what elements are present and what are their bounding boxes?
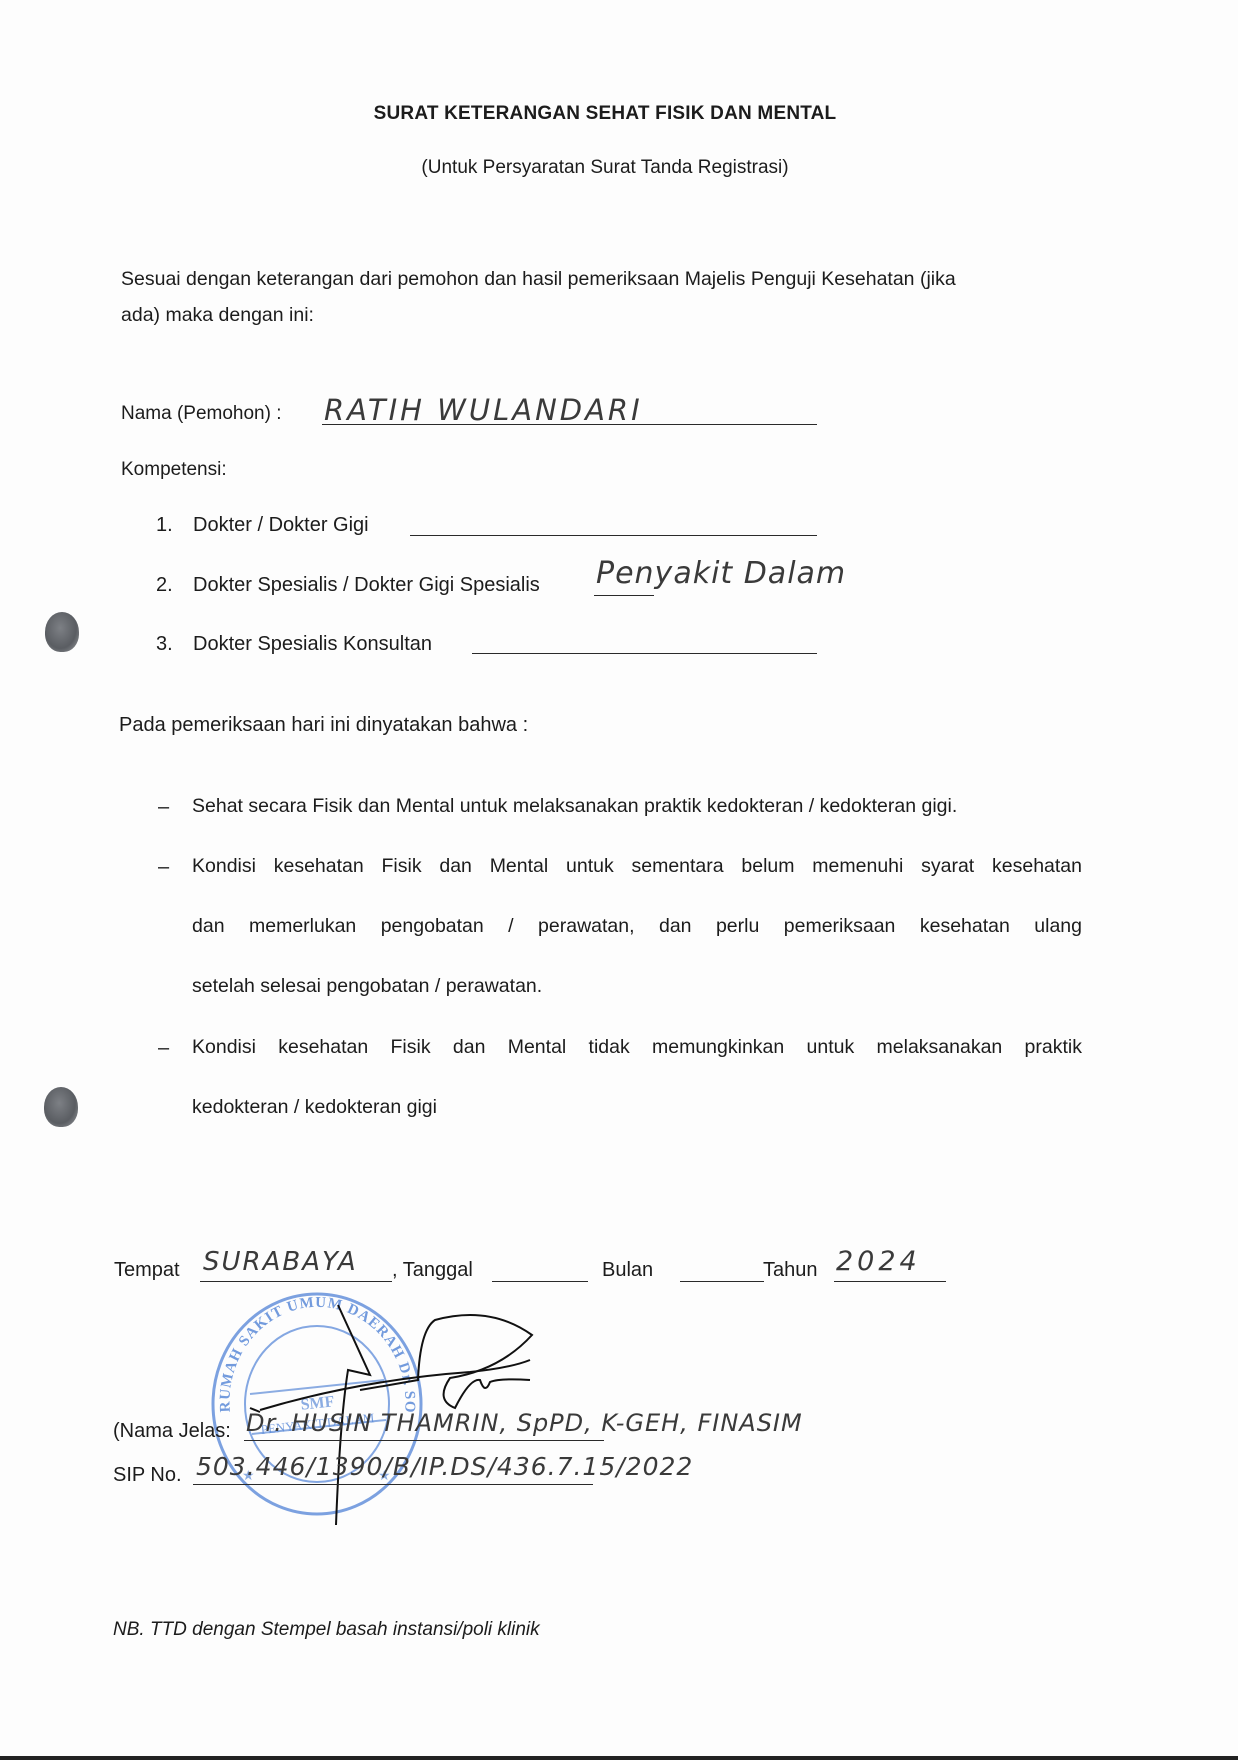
competency-item-number: 2. (156, 575, 173, 595)
competency-item-2-value[interactable]: Penyakit Dalam (596, 556, 846, 591)
competency-item-3-field[interactable] (472, 653, 817, 654)
signatory-name-underline (244, 1440, 604, 1441)
applicant-name-underline (322, 424, 817, 425)
statement-option-2-line-2[interactable]: dan memerlukan pengobatan / perawatan, d… (192, 917, 1082, 937)
punch-hole (44, 1087, 78, 1127)
signatory-name-value[interactable]: Dr. HUSIN THAMRIN, SpPD, K-GEH, FINASIM (246, 1409, 803, 1437)
document-title: SURAT KETERANGAN SEHAT FISIK DAN MENTAL (0, 103, 1210, 125)
intro-line-1: Sesuai dengan keterangan dari pemohon da… (121, 270, 956, 290)
year-label: Tahun (763, 1260, 818, 1280)
competency-item-label: Dokter / Dokter Gigi (193, 515, 369, 535)
intro-line-2: ada) maka dengan ini: (121, 306, 314, 326)
statement-dash: – (158, 857, 169, 877)
competency-label: Kompetensi: (121, 460, 227, 479)
year-value[interactable]: 2024 (836, 1246, 921, 1277)
competency-item-1-field[interactable] (410, 535, 817, 536)
document-subtitle: (Untuk Persyaratan Surat Tanda Registras… (0, 158, 1210, 177)
competency-item-number: 3. (156, 634, 173, 654)
scan-edge (0, 1756, 1238, 1760)
statement-option-1[interactable]: Sehat secara Fisik dan Mental untuk mela… (192, 797, 957, 817)
sip-underline (193, 1484, 593, 1485)
statement-dash: – (158, 797, 169, 817)
signatory-name-label: (Nama Jelas: (113, 1421, 231, 1441)
statement-dash: – (158, 1038, 169, 1058)
month-field[interactable] (680, 1281, 764, 1282)
date-label: , Tanggal (392, 1260, 473, 1280)
footer-note: NB. TTD dengan Stempel basah instansi/po… (113, 1620, 540, 1639)
applicant-name-value[interactable]: RATIH WULANDARI (324, 393, 643, 427)
punch-hole (45, 612, 79, 652)
statement-option-2-line-3[interactable]: setelah selesai pengobatan / perawatan. (192, 977, 542, 997)
place-value[interactable]: SURABAYA (203, 1247, 358, 1277)
month-label: Bulan (602, 1260, 653, 1280)
sip-label: SIP No. (113, 1465, 182, 1485)
date-field[interactable] (492, 1281, 588, 1282)
statement-option-3-line-2[interactable]: kedokteran / kedokteran gigi (192, 1098, 437, 1118)
sip-value[interactable]: 503.446/1390/B/IP.DS/436.7.15/2022 (196, 1452, 693, 1481)
statement-option-2-line-1[interactable]: Kondisi kesehatan Fisik dan Mental untuk… (192, 857, 1082, 877)
place-label: Tempat (114, 1260, 180, 1280)
place-underline (200, 1281, 392, 1282)
statement-intro: Pada pemeriksaan hari ini dinyatakan bah… (119, 715, 528, 735)
year-underline (834, 1281, 946, 1282)
applicant-label: Nama (Pemohon) : (121, 404, 282, 423)
statement-option-3-line-1[interactable]: Kondisi kesehatan Fisik dan Mental tidak… (192, 1038, 1082, 1058)
competency-item-number: 1. (156, 515, 173, 535)
competency-item-label: Dokter Spesialis Konsultan (193, 634, 432, 654)
competency-item-2-field (594, 595, 654, 596)
competency-item-label: Dokter Spesialis / Dokter Gigi Spesialis (193, 575, 540, 595)
